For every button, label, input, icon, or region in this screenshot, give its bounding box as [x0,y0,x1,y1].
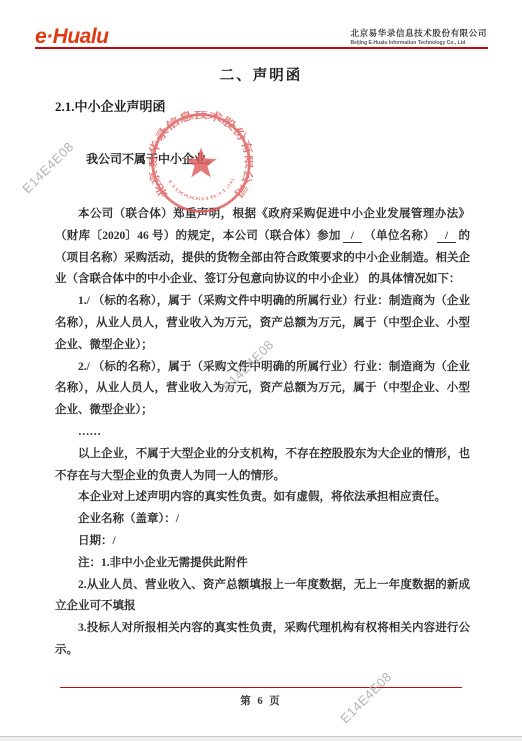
blank-slash-field: / [343,230,362,243]
document-title: 二、声明函 [0,64,522,85]
viewer-bottom-edge [0,736,522,741]
body-paragraph-branch: 以上企业，不属于大型企业的分支机构，不存在控股股东为大企业的情形，也不存在与大型… [55,444,470,488]
body-note-2: 2.从业人员、营业收入、资产总额填报上一年度数据，无上一年度数据的新成立企业可不… [55,575,470,619]
body-company-name-line: 企业名称（盖章）：/ [55,509,470,531]
seal-serial-number: 1100000183126 [166,176,238,202]
body-ellipsis: …… [55,422,470,444]
section-heading: 2.1.中小企业声明函 [55,96,166,115]
body-item-2: 2./ （标的名称），属于（采购文件中明确的所属行业）行业：制造商为（企业名称）… [55,357,470,422]
ehualu-logo: e·Hualu [35,25,109,49]
body-paragraph-responsibility: 本企业对上述声明内容的真实性负责。如有虚假，将依法承担相应责任。 [55,487,470,509]
page-number: 第 6 页 [0,693,522,708]
watermark-text: E14E4E08 [19,135,81,197]
company-header-block: 北京易华录信息技术股份有限公司 Beijing E-Hualu Informat… [350,27,487,46]
blank-slash-field: / [437,230,456,243]
statement-line: 我公司不属于中小企业。 [86,150,218,167]
body-date-line: 日期：/ [55,531,470,553]
body-note-1: 注：1.非中小企业无需提供此附件 [55,553,470,575]
company-name-en: Beijing E-Hualu Information Technology C… [350,40,487,46]
document-page: e·Hualu 北京易华录信息技术股份有限公司 Beijing E-Hualu … [0,0,522,741]
document-body: 本公司（联合体）郑重声明，根据《政府采购促进中小企业发展管理办法》（财库〔202… [55,204,470,662]
body-paragraph-declaration: 本公司（联合体）郑重声明，根据《政府采购促进中小企业发展管理办法》（财库〔202… [55,204,470,291]
header-divider [35,47,488,49]
company-name-cn: 北京易华录信息技术股份有限公司 [350,27,487,39]
paragraph-text: （单位名称） [364,230,435,242]
body-note-3: 3.投标人对所报相关内容的真实性负责，采购代理机构有权将相关内容进行公示。 [55,618,470,662]
footer-divider [60,687,462,688]
